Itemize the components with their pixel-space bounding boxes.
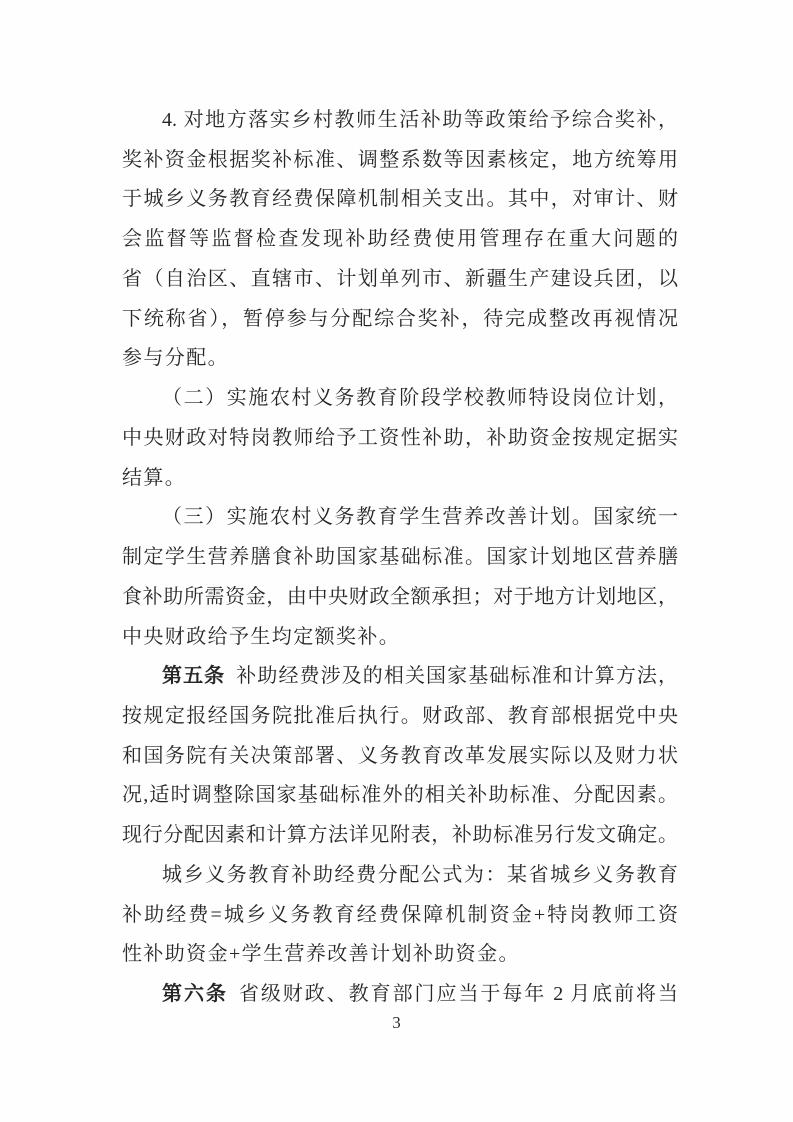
- text-line: 况,适时调整除国家基础标准外的相关补助标准、分配因素。: [122, 776, 678, 816]
- text-line: 下统称省），暂停参与分配综合奖补，待完成整改再视情况: [122, 300, 678, 340]
- text-line: 参与分配。: [122, 339, 678, 379]
- text-line: 第六条省级财政、教育部门应当于每年 2 月底前将当: [122, 975, 678, 1015]
- text-line: 奖补资金根据奖补标准、调整系数等因素核定，地方统筹用: [122, 141, 678, 181]
- text-line: 4. 对地方落实乡村教师生活补助等政策给予综合奖补，: [122, 101, 678, 141]
- page-number: 3: [0, 1012, 793, 1034]
- text-line: （二）实施农村义务教育阶段学校教师特设岗位计划，: [122, 379, 678, 419]
- text-line: 结算。: [122, 459, 678, 499]
- text-line: 中央财政对特岗教师给予工资性补助，补助资金按规定据实: [122, 419, 678, 459]
- text-line: 会监督等监督检查发现补助经费使用管理存在重大问题的: [122, 220, 678, 260]
- text-line: （三）实施农村义务教育学生营养改善计划。国家统一: [122, 498, 678, 538]
- document-text: 4. 对地方落实乡村教师生活补助等政策给予综合奖补， 奖补资金根据奖补标准、调整…: [122, 101, 678, 1015]
- text-line: 于城乡义务教育经费保障机制相关支出。其中，对审计、财: [122, 180, 678, 220]
- text-line: 制定学生营养膳食补助国家基础标准。国家计划地区营养膳: [122, 538, 678, 578]
- text-line: 第五条补助经费涉及的相关国家基础标准和计算方法，: [122, 657, 678, 697]
- text-line: 按规定报经国务院批准后执行。财政部、教育部根据党中央: [122, 697, 678, 737]
- text-line: 补助经费=城乡义务教育经费保障机制资金+特岗教师工资: [122, 896, 678, 936]
- text-line: 和国务院有关决策部署、义务教育改革发展实际以及财力状: [122, 737, 678, 777]
- text-line-body: 补助经费涉及的相关国家基础标准和计算方法，: [236, 665, 678, 687]
- article-6-heading: 第六条: [162, 983, 228, 1005]
- text-line: 现行分配因素和计算方法详见附表，补助标准另行发文确定。: [122, 816, 678, 856]
- text-line: 省（自治区、直辖市、计划单列市、新疆生产建设兵团，以: [122, 260, 678, 300]
- text-line-body: 省级财政、教育部门应当于每年 2 月底前将当: [239, 983, 678, 1005]
- text-line: 中央财政给予生均定额奖补。: [122, 618, 678, 658]
- text-line: 食补助所需资金，由中央财政全额承担；对于地方计划地区，: [122, 578, 678, 618]
- document-page: 4. 对地方落实乡村教师生活补助等政策给予综合奖补， 奖补资金根据奖补标准、调整…: [0, 0, 793, 1122]
- article-5-heading: 第五条: [162, 665, 225, 687]
- text-line: 性补助资金+学生营养改善计划补助资金。: [122, 935, 678, 975]
- text-line: 城乡义务教育补助经费分配公式为：某省城乡义务教育: [122, 856, 678, 896]
